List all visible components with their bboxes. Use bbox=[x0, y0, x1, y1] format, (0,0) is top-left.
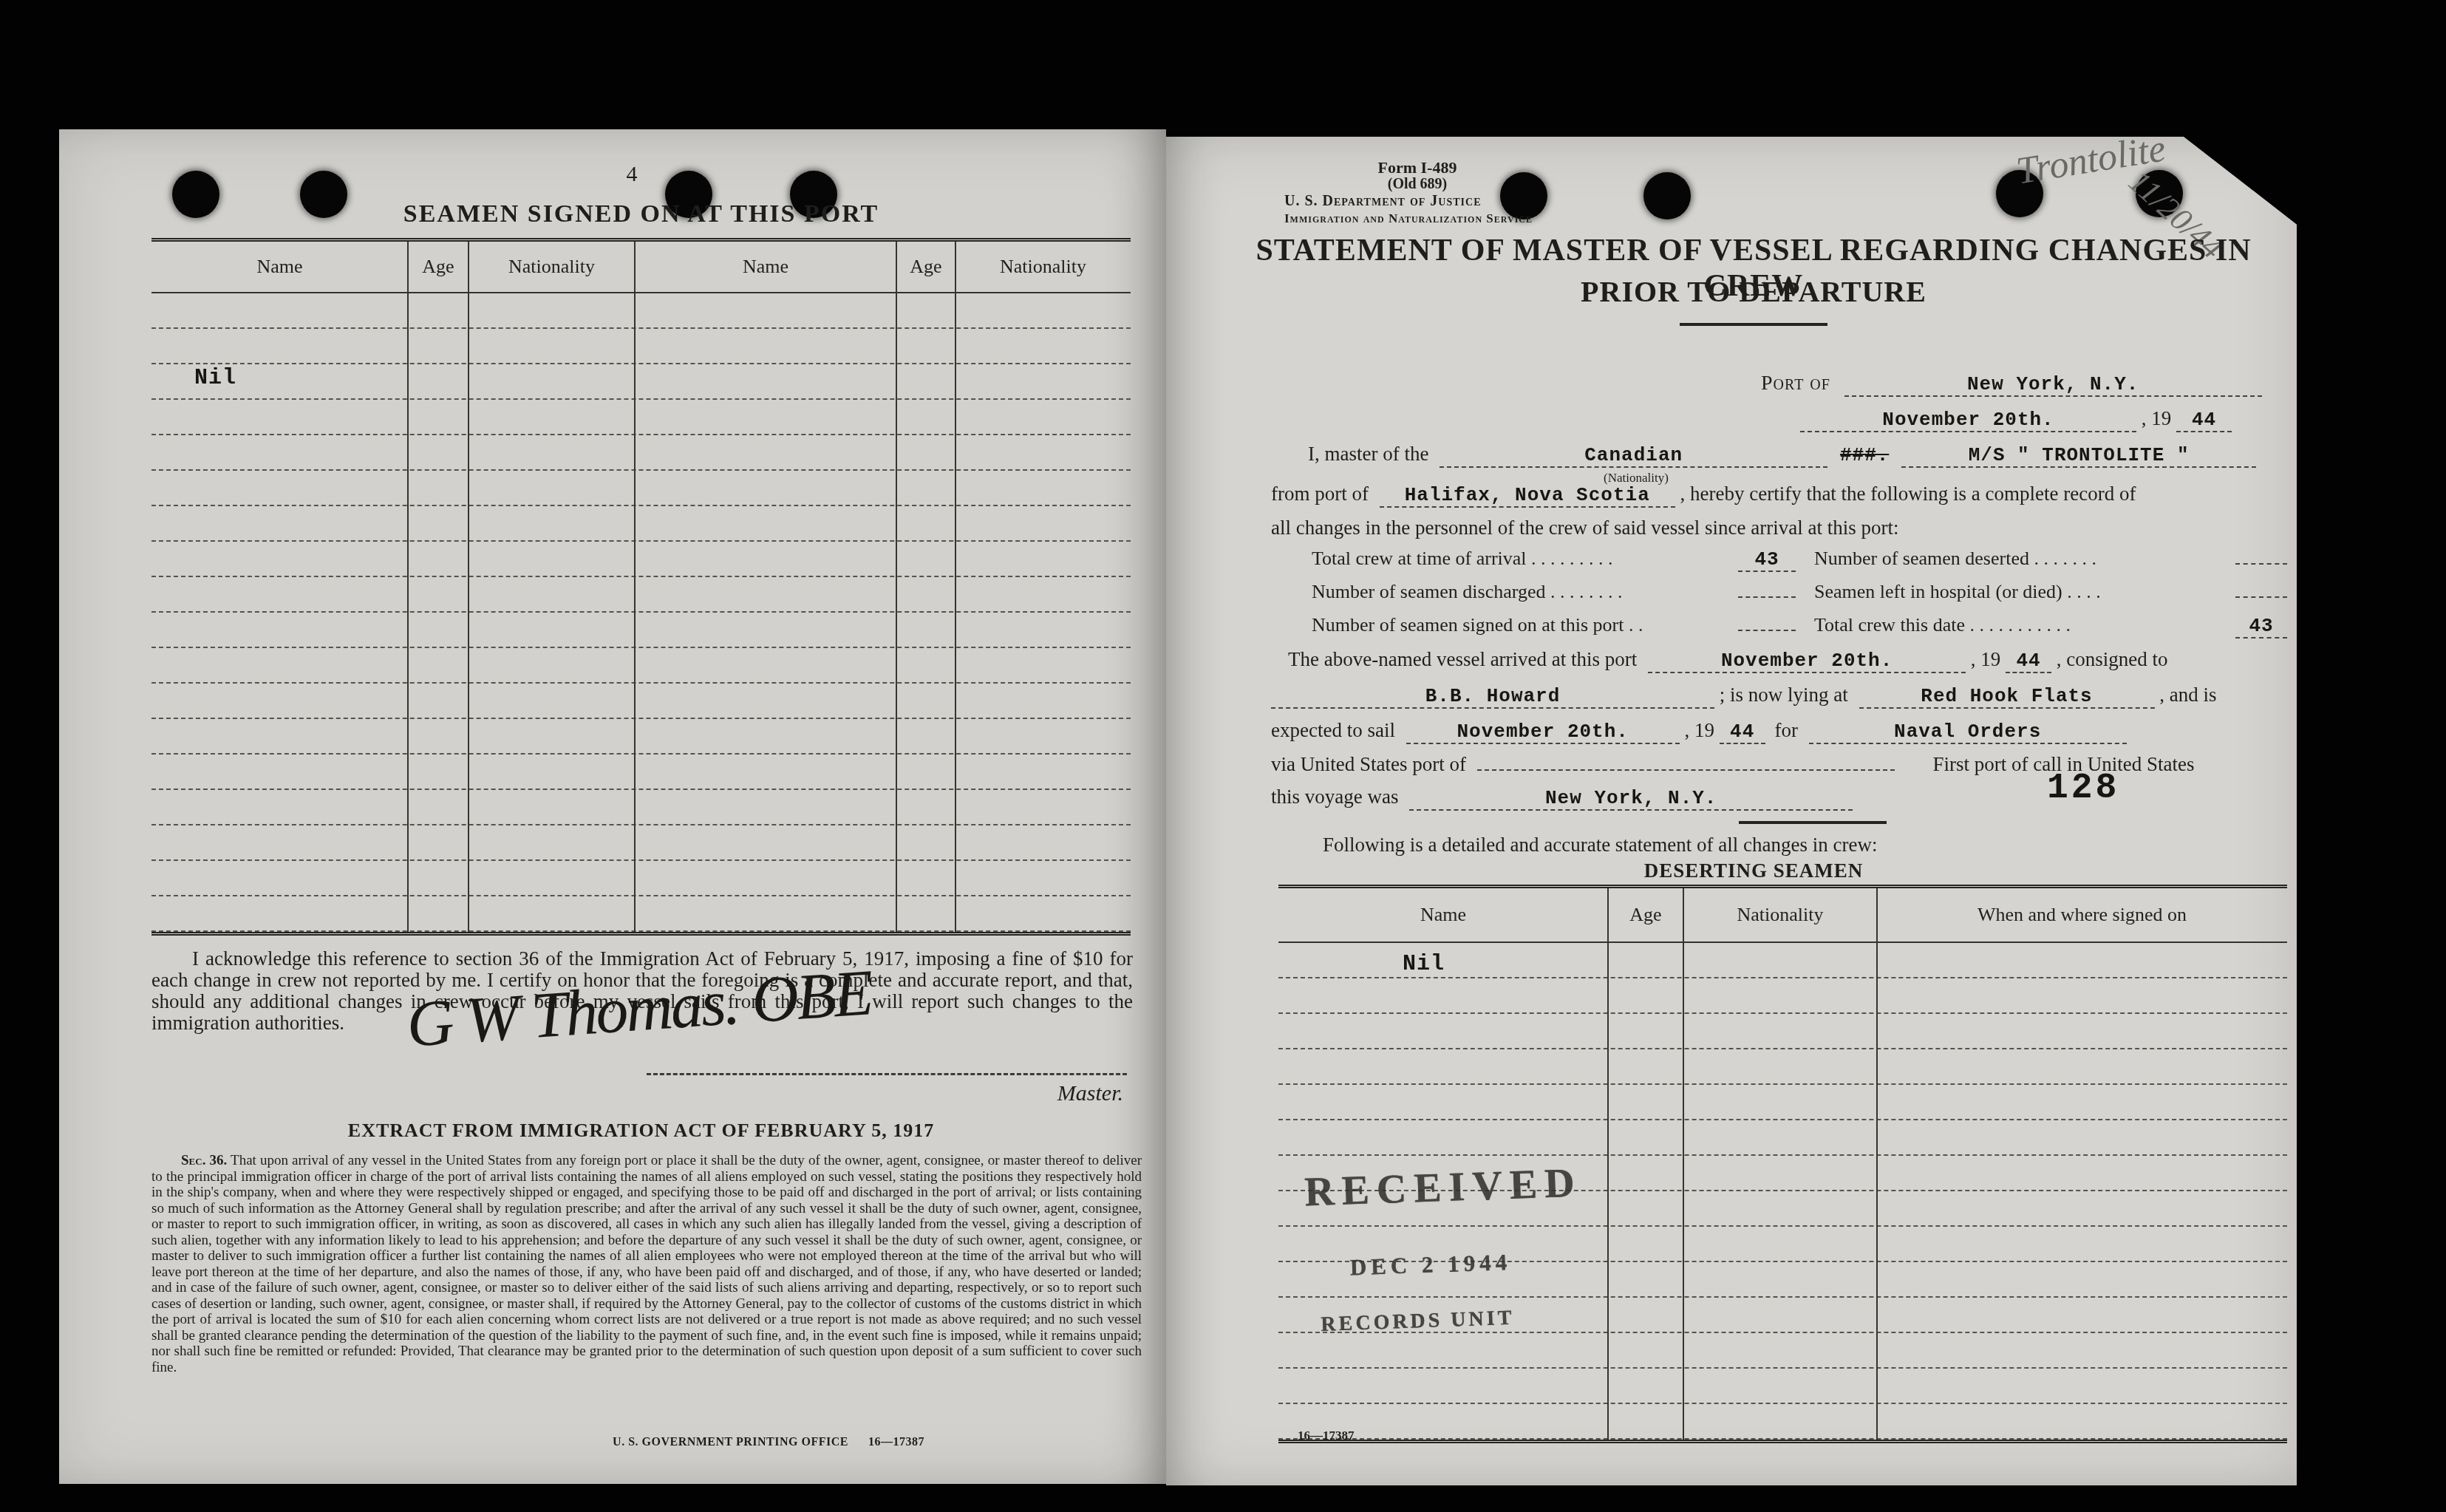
stat-field: 43 bbox=[1738, 548, 1796, 572]
voyage-label: this voyage was bbox=[1271, 786, 1398, 808]
column-header: Nationality bbox=[1683, 904, 1877, 926]
column-header: Age bbox=[408, 256, 469, 278]
from-port-prefix: from port of bbox=[1271, 483, 1369, 505]
arrival-year-field: 44 bbox=[2006, 648, 2051, 673]
table-row bbox=[151, 613, 1131, 648]
form-title-line2: PRIOR TO DEPARTURE bbox=[1210, 274, 2297, 309]
table-row bbox=[151, 400, 1131, 435]
column-header: Name bbox=[1278, 904, 1608, 926]
received-stamp-text: RECEIVED bbox=[1304, 1159, 1583, 1216]
form-id-block: Form I-489 (Old 689) U. S. Department of… bbox=[1284, 159, 1550, 227]
section-divider-line bbox=[1739, 821, 1887, 824]
stat-value: 43 bbox=[1754, 548, 1779, 571]
table-row bbox=[151, 684, 1131, 719]
table-row bbox=[151, 506, 1131, 542]
lying-at-label: ; is now lying at bbox=[1720, 684, 1848, 706]
table-row bbox=[151, 577, 1131, 613]
table-row bbox=[151, 364, 1131, 400]
column-divider bbox=[1876, 888, 1878, 1440]
from-port-suffix: , hereby certify that the following is a… bbox=[1680, 483, 2136, 505]
column-header: Nationality bbox=[469, 256, 635, 278]
stat-label: Total crew at time of arrival . . . . . … bbox=[1312, 548, 1613, 570]
table-row bbox=[1278, 978, 2287, 1014]
table-row bbox=[151, 755, 1131, 790]
port-field: New York, N.Y. bbox=[1844, 372, 2262, 397]
cert-continuation: all changes in the personnel of the crew… bbox=[1271, 517, 1898, 539]
year-value: 44 bbox=[2192, 409, 2216, 431]
left-page: 4 SEAMEN SIGNED ON AT THIS PORT Name Age… bbox=[59, 129, 1166, 1484]
sail-year-prefix: , 19 bbox=[1684, 719, 1714, 741]
stats-row: Total crew at time of arrival . . . . . … bbox=[1312, 548, 2287, 572]
sail-year-field: 44 bbox=[1720, 719, 1765, 744]
signature-title: Master. bbox=[805, 1081, 1123, 1106]
column-header: Age bbox=[1608, 904, 1683, 926]
form-old-number: (Old 689) bbox=[1284, 176, 1550, 193]
stat-field bbox=[2235, 563, 2287, 565]
vessel-field: M/S " TRONTOLITE " bbox=[1901, 443, 2256, 468]
column-divider bbox=[1607, 888, 1609, 1440]
date-value: November 20th. bbox=[1882, 409, 2054, 431]
table-row bbox=[151, 293, 1131, 329]
master-line: I, master of the Canadian ###. M/S " TRO… bbox=[1308, 443, 2256, 468]
scanned-document: 4 SEAMEN SIGNED ON AT THIS PORT Name Age… bbox=[0, 0, 2446, 1512]
consignee-field: B.B. Howard bbox=[1271, 684, 1714, 709]
printing-office-footer: U. S. GOVERNMENT PRINTING OFFICE 16—1738… bbox=[503, 1436, 1035, 1449]
table-row bbox=[151, 471, 1131, 506]
location-field: Red Hook Flats bbox=[1859, 684, 2155, 709]
stamped-number: 128 bbox=[2047, 769, 2119, 808]
hole-punch bbox=[1643, 172, 1691, 219]
column-divider bbox=[407, 242, 409, 932]
arrival-prefix: The above-named vessel arrived at this p… bbox=[1288, 648, 1637, 670]
stat-label: Number of seamen discharged . . . . . . … bbox=[1312, 581, 1622, 603]
port-value: New York, N.Y. bbox=[1967, 373, 2139, 395]
seamen-signed-on-table: Name Age Nationality Name Age Nationalit… bbox=[151, 238, 1131, 936]
table-row bbox=[1278, 1369, 2287, 1404]
form-number-label: Form I-489 bbox=[1284, 159, 1550, 176]
table-body bbox=[151, 293, 1131, 932]
table-row bbox=[1278, 1120, 2287, 1156]
arrival-year: 44 bbox=[2016, 650, 2040, 672]
column-divider bbox=[634, 242, 636, 932]
table-header-row: Name Age Nationality When and where sign… bbox=[1278, 888, 2287, 943]
for-label: for bbox=[1774, 719, 1797, 741]
stat-label: Number of seamen deserted . . . . . . . bbox=[1814, 548, 2096, 570]
column-divider bbox=[955, 242, 956, 932]
column-header: Name bbox=[151, 256, 408, 278]
column-divider bbox=[468, 242, 469, 932]
table-row bbox=[151, 861, 1131, 896]
table-row bbox=[151, 435, 1131, 471]
port-line: Port of New York, N.Y. bbox=[1761, 372, 2262, 397]
received-stamp-date: DEC 2 1944 bbox=[1349, 1246, 1585, 1281]
arrival-line5: this voyage was New York, N.Y. bbox=[1271, 786, 1853, 811]
from-port-line: from port of Halifax, Nova Scotia , here… bbox=[1271, 483, 2136, 508]
stats-row: Number of seamen signed on at this port … bbox=[1312, 614, 2287, 638]
following-statement: Following is a detailed and accurate sta… bbox=[1323, 834, 1877, 857]
year-field: 44 bbox=[2176, 407, 2232, 432]
stat-value: 43 bbox=[2249, 615, 2273, 637]
date-line: November 20th. , 19 44 bbox=[1800, 407, 2232, 432]
title-underline bbox=[1680, 323, 1827, 326]
year-prefix: , 19 bbox=[2142, 407, 2172, 429]
voyage-port-field: New York, N.Y. bbox=[1409, 786, 1853, 811]
master-prefix: I, master of the bbox=[1308, 443, 1428, 465]
nationality-field: Canadian bbox=[1440, 443, 1827, 468]
table-row bbox=[151, 790, 1131, 825]
column-header: Age bbox=[896, 256, 955, 278]
section-label: Sec. 36. bbox=[181, 1153, 227, 1168]
vessel-value: M/S " TRONTOLITE " bbox=[1969, 444, 2190, 466]
column-header: Nationality bbox=[955, 256, 1131, 278]
destination-value: Naval Orders bbox=[1894, 721, 2041, 743]
deserting-seamen-title: DESERTING SEAMEN bbox=[1210, 859, 2297, 882]
column-header: When and where signed on bbox=[1877, 904, 2287, 926]
sail-date-field: November 20th. bbox=[1406, 719, 1680, 744]
nationality-value: Canadian bbox=[1584, 444, 1683, 466]
destination-field: Naval Orders bbox=[1809, 719, 2127, 744]
received-stamp: RECEIVED DEC 2 1944 RECORDS UNIT bbox=[1304, 1159, 1587, 1338]
column-header: Name bbox=[635, 256, 896, 278]
table-header-row: Name Age Nationality Name Age Nationalit… bbox=[151, 242, 1131, 293]
section-body: That upon arrival of any vessel in the U… bbox=[151, 1153, 1142, 1375]
sail-year: 44 bbox=[1730, 721, 1754, 743]
stat-field bbox=[1738, 630, 1796, 631]
arrival-line2: B.B. Howard ; is now lying at Red Hook F… bbox=[1271, 684, 2217, 709]
stat-field bbox=[1738, 596, 1796, 598]
via-port-field bbox=[1477, 769, 1895, 771]
sail-date: November 20th. bbox=[1457, 721, 1628, 743]
table-row bbox=[151, 329, 1131, 364]
right-page: Form I-489 (Old 689) U. S. Department of… bbox=[1166, 137, 2297, 1485]
department-label: U. S. Department of Justice bbox=[1284, 193, 1550, 210]
from-port-value: Halifax, Nova Scotia bbox=[1405, 484, 1650, 506]
arrival-year-prefix: , 19 bbox=[1971, 648, 2001, 670]
table-row bbox=[151, 648, 1131, 684]
nil-entry: Nil bbox=[194, 366, 236, 391]
table-row bbox=[151, 542, 1131, 577]
arrival-suffix: , consigned to bbox=[2057, 648, 2168, 670]
table-row bbox=[1278, 1404, 2287, 1440]
table-row bbox=[1278, 1333, 2287, 1369]
table-row bbox=[151, 719, 1131, 755]
location-value: Red Hook Flats bbox=[1921, 685, 2092, 707]
voyage-port-value: New York, N.Y. bbox=[1545, 787, 1717, 809]
and-is-label: , and is bbox=[2159, 684, 2216, 706]
stat-label: Seamen left in hospital (or died) . . . … bbox=[1814, 581, 2101, 603]
stat-label: Number of seamen signed on at this port … bbox=[1312, 614, 1643, 636]
sail-prefix: expected to sail bbox=[1271, 719, 1395, 741]
stat-label: Total crew this date . . . . . . . . . .… bbox=[1814, 614, 2071, 636]
stat-field: 43 bbox=[2235, 614, 2287, 638]
arrival-line3: expected to sail November 20th. , 19 44 … bbox=[1271, 719, 2127, 744]
from-port-field: Halifax, Nova Scotia bbox=[1380, 483, 1675, 508]
service-label: Immigration and Naturalization Service bbox=[1284, 210, 1550, 227]
port-label: Port of bbox=[1761, 372, 1830, 395]
column-divider bbox=[896, 242, 897, 932]
table-row bbox=[1278, 1085, 2287, 1120]
page-number: 4 bbox=[610, 162, 654, 187]
extract-heading: EXTRACT FROM IMMIGRATION ACT OF FEBRUARY… bbox=[151, 1120, 1131, 1142]
consignee-value: B.B. Howard bbox=[1425, 685, 1561, 707]
signature-line bbox=[647, 1073, 1127, 1075]
arrival-date-field: November 20th. bbox=[1648, 648, 1966, 673]
via-port-label: via United States port of bbox=[1271, 753, 1466, 775]
table-row bbox=[1278, 1014, 2287, 1049]
stat-field bbox=[2235, 596, 2287, 598]
date-field: November 20th. bbox=[1800, 407, 2136, 432]
nil-entry: Nil bbox=[1403, 952, 1445, 977]
stats-row: Number of seamen discharged . . . . . . … bbox=[1312, 581, 2287, 603]
left-table-title: SEAMEN SIGNED ON AT THIS PORT bbox=[151, 200, 1131, 228]
form-number-footer: 16—17387 bbox=[1298, 1428, 1355, 1443]
strikeout-marks: ###. bbox=[1840, 444, 1889, 466]
extract-paragraph: Sec. 36. That upon arrival of any vessel… bbox=[151, 1153, 1142, 1375]
table-row bbox=[151, 896, 1131, 932]
column-divider bbox=[1683, 888, 1684, 1440]
arrival-line1: The above-named vessel arrived at this p… bbox=[1288, 648, 2168, 673]
arrival-date: November 20th. bbox=[1721, 650, 1893, 672]
table-row bbox=[1278, 1049, 2287, 1085]
table-row bbox=[151, 825, 1131, 861]
